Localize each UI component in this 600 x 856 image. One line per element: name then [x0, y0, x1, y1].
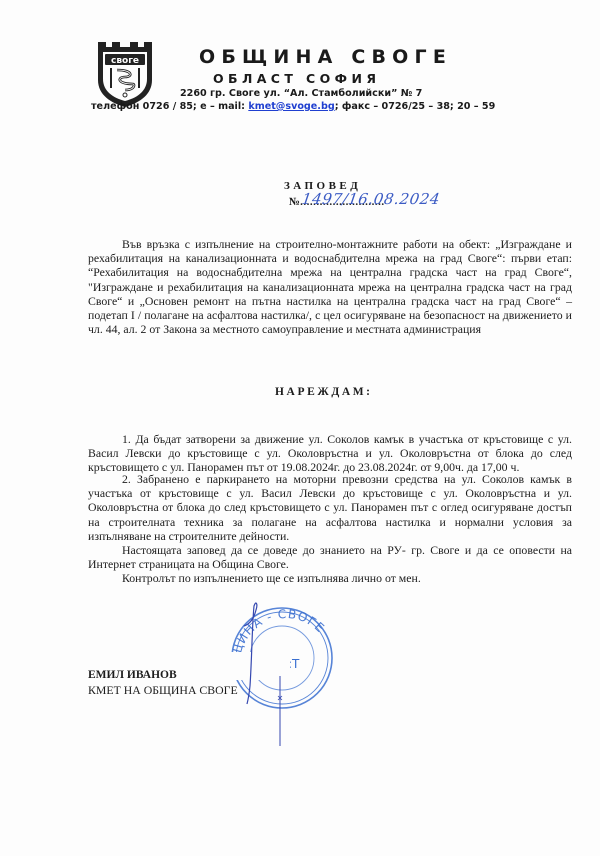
order-item-text: 1. Да бъдат затворени за движение ул. Со…: [88, 432, 572, 475]
order-item-text: 2. Забранено е паркирането на моторни пр…: [88, 472, 572, 543]
region-subtitle: ОБЛАСТ СОФИЯ: [213, 71, 380, 86]
closing-text: Контролът по изпълнението ще се изпълняв…: [88, 571, 572, 585]
signer-title: КМЕТ НА ОБЩИНА СВОГЕ: [88, 683, 238, 698]
order-number-prefix: №: [289, 196, 300, 208]
official-stamp-icon: ЩИНА - СВОГЕ :Т: [222, 596, 342, 746]
municipality-title: ОБЩИНА СВОГЕ: [199, 46, 452, 68]
order-number-handwritten: 1497/16.08.2024: [301, 190, 442, 208]
order-item-2: 2. Забранено е паркирането на моторни пр…: [88, 472, 572, 543]
email-link[interactable]: kmet@svoge.bg: [248, 101, 334, 112]
signer-name: ЕМИЛ ИВАНОВ: [88, 669, 177, 681]
preamble-paragraph: Във връзка с изпълнение на строително-мо…: [88, 237, 572, 336]
contact-line: телефон 0726 / 85; е – mail: kmet@svoge.…: [91, 101, 495, 112]
contact-prefix: телефон 0726 / 85; е – mail:: [91, 101, 248, 112]
document-page: свoге ОБЩИНА СВОГЕ ОБЛАСТ СОФИЯ 2260 гр.…: [0, 0, 600, 856]
closing-text: Настоящата заповед да се доведе до знани…: [88, 543, 572, 571]
svg-text:свoге: свoге: [111, 56, 139, 66]
order-heading: НАРЕЖДАМ:: [275, 386, 373, 398]
closing-paragraph-2: Контролът по изпълнението ще се изпълняв…: [88, 571, 572, 585]
coat-of-arms-logo-icon: свoге: [95, 40, 155, 108]
order-item-1: 1. Да бъдат затворени за движение ул. Со…: [88, 432, 572, 475]
svg-text:ЩИНА - СВОГЕ: ЩИНА - СВОГЕ: [229, 607, 328, 659]
contact-suffix: ; факс – 0726/25 – 38; 20 – 59: [335, 101, 496, 112]
address-line: 2260 гр. Своге ул. “Ал. Стамболийски” № …: [180, 88, 422, 99]
preamble-text: Във връзка с изпълнение на строително-мо…: [88, 237, 572, 336]
closing-paragraph-1: Настоящата заповед да се доведе до знани…: [88, 543, 572, 571]
